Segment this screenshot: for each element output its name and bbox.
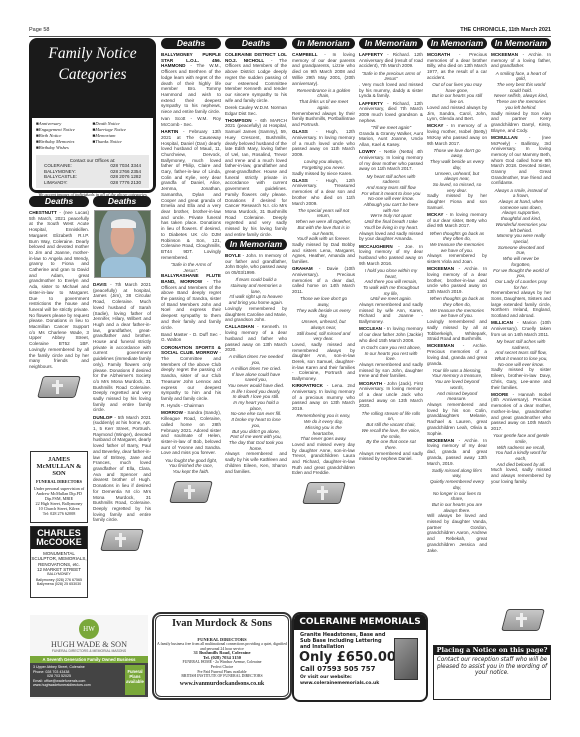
- notice-verse: We treasure the memories we have of you.: [429, 242, 485, 253]
- notice-name: MCCLEAN: [359, 326, 382, 331]
- notice-signature: Lovingly remembered and sadly missed by …: [427, 319, 487, 342]
- ad-text: Under personal supervision of Andrew McM…: [31, 486, 87, 501]
- ad-website: www.ivanmurdockandsons.co.uk: [154, 681, 290, 687]
- notice-verse: If love alone could have saved you,: [227, 372, 285, 383]
- notice-verse: Although you can't be here with me: [361, 202, 421, 213]
- notice-name: MCKEEMAN: [427, 438, 454, 443]
- notice-verse: I'd walk right up to heaven and bring yo…: [227, 294, 285, 305]
- section-heading-memoriam: In Memoriam: [359, 38, 423, 49]
- notice-verse: Remembrance is a golden chain,: [294, 88, 353, 99]
- ad-phone: Tel: 028 276 62008: [31, 511, 87, 516]
- memoriam-notice: CAMPBELL - In loving memory of our dear …: [292, 52, 355, 86]
- notice-signature: R. Hynds - Chairman: [161, 403, 221, 409]
- notice-verse: Those we love don't go away,: [429, 148, 485, 159]
- office-contacts: Contact our Offices at: COLERAINE:028 70…: [36, 155, 149, 188]
- notice-name: LAFFERTY: [359, 52, 383, 57]
- notice-name: MCKEEMAN: [427, 343, 454, 348]
- notice-verse: Our Lady of Lourdes pray for her.: [493, 279, 549, 290]
- notice-verse: But still the vacant chair,: [361, 422, 421, 428]
- notice-verse: It broke my heart to lose you,: [227, 417, 285, 428]
- notice-verse: No longer in our lives to share,: [429, 491, 485, 502]
- ad-website: www.colerainememorials.co.uk: [294, 681, 426, 687]
- notice-verse: The very best this world could hold.: [493, 82, 549, 93]
- memoriam-notice: GRAHAM - Davie (10th Anniversary). Preci…: [292, 266, 355, 295]
- notice-name: MCGRATH: [427, 52, 450, 57]
- notice-verse: You kept the faith.: [163, 469, 219, 475]
- section-heading-deaths: Deaths: [161, 38, 221, 49]
- notice-name: CAMPBELL: [292, 52, 318, 57]
- death-notice: DAVIS - 7th March 2021 (peacefully) at h…: [93, 282, 151, 413]
- notice-signature: Ivan Scott - W.M. Roy McComb - Sec.: [161, 116, 221, 127]
- ad-address: 3 Upper Abbey Street, Coleraine: [33, 665, 91, 670]
- notice-text: - 7th March 2021 (peacefully) at hospita…: [93, 282, 151, 412]
- notice-name: HARTIN: [161, 129, 178, 134]
- james-mcmullan-ad: JAMES McMULLAN & SON FUNERAL DIRECTORS U…: [30, 451, 88, 523]
- ad-institute: BRITISH INSTITUTE OF FUNERAL DIRECTORS: [154, 674, 290, 679]
- section-heading-deaths: Deaths: [93, 196, 151, 207]
- notice-verse: The special years will not return,: [294, 208, 353, 219]
- notice-name: MORROW: [161, 410, 183, 415]
- memoriam-notice: MCKEEMAN - Archie. In loving memory of a…: [427, 266, 487, 295]
- bible-icon: [99, 527, 145, 553]
- notice-verse: The rolling stream of life rolls on,: [361, 411, 421, 422]
- notice-verse: Always supportive, thoughtful and kind,: [493, 210, 549, 221]
- notice-name: GLASS: [292, 178, 308, 183]
- notice-name: MCMULLAN: [491, 135, 518, 140]
- notice-name: LAFFERTY: [359, 101, 383, 106]
- notice-signature: Always remembered and sadly by his wife …: [225, 451, 287, 474]
- notice-name: MCKEEMAN: [427, 266, 454, 271]
- memoriam-notice: GLASS - Hugh, 12th Anniversary. Treasure…: [292, 178, 355, 207]
- memoriam-notice: LAFFERTY - Richard, 12th Anniversary, di…: [359, 101, 423, 124]
- notice-text: - The W.M., Officers and Brethren of the…: [161, 63, 221, 114]
- notice-verse: You are loved beyond words,: [429, 379, 485, 390]
- notice-name: CHESTNUTT: [29, 210, 57, 215]
- notice-verse: But with the love that is in our hearts,: [294, 225, 353, 236]
- office-name: LIMAVADY:: [44, 180, 68, 185]
- deaths-column-3: Deaths BALLYMONEY PURPLE STAR L.O.L. 456…: [161, 38, 221, 608]
- notice-text: - 5th March 2021 (suddenly) at his home,…: [93, 415, 151, 523]
- ad-name: Ivan Murdock & Sons: [154, 618, 290, 629]
- notice-text: - In loving memory of our dear parents a…: [292, 52, 355, 86]
- notice-verse: A smiling face, a heart of gold,: [493, 71, 549, 82]
- notice-verse: You had a kindly word for each,: [493, 450, 549, 461]
- ad-subtitle: FUNERAL DIRECTORS: [31, 479, 87, 484]
- notice-verse: Sadly missed along life's way,: [429, 468, 485, 479]
- notice-signature: Loved, sadly missed and remembered alway…: [292, 342, 355, 382]
- memoriam-notice: MCKAY - In memory of a loving mother, Is…: [427, 123, 487, 146]
- memoriam-notice: MCCAUGHERN - Joe. In loving memory of my…: [359, 244, 423, 267]
- notice-signature: Always remembered and sadly missed by ne…: [359, 451, 423, 462]
- memoriam-notice: MCKEEMAN - Archie. In memory of a loving…: [491, 52, 551, 69]
- notice-text: - (nee McPeely) - Ballintoy, 3rd Anniver…: [491, 135, 551, 186]
- notice-verse: But in our hearts you are always there.: [429, 502, 485, 513]
- notice-verse: That links us til we meet again.: [294, 99, 353, 110]
- notice-name: MCKEEMAN: [491, 52, 518, 57]
- notice-verse: "Safe in the precious arms of Jesus": [361, 71, 421, 82]
- notice-text: - The Committee and Members of the above…: [161, 350, 221, 401]
- notice-signature: Loved and missed always by Jim, Sandra, …: [427, 105, 487, 122]
- page-header: Page 58 THE CHRONICLE, 11th March 2021: [29, 27, 551, 37]
- notice-verse: Your gentle face and gentle smile,: [493, 433, 549, 444]
- notice-signature: Always loved and sadly missed by your da…: [359, 231, 423, 242]
- notice-name: MCGRATH: [359, 381, 382, 386]
- notice-verse: What it meant to lose you,: [493, 356, 549, 362]
- bible-icon: [168, 479, 214, 505]
- memoriam-notice: MCKEEMAN - Archie. Precious memories of …: [427, 343, 487, 366]
- memoriam-notice: CALLAGHAN - Kenneth. In loving memory of…: [225, 324, 287, 353]
- notice-text: - The Officers and Members of the above …: [161, 279, 221, 330]
- charles-mccooke-ad: CHARLESMcCOOKE MONUMENTAL SCULPTOR, MEMO…: [30, 526, 88, 598]
- notice-verse: Always a smile, instead of a frown,: [493, 188, 549, 199]
- notice-verse: Unseen, unheard, but always near,: [429, 171, 485, 182]
- notice-name: MCKAY: [427, 212, 443, 217]
- memoriam-notice: MCGRATH - Precious memories of a dear br…: [427, 52, 487, 81]
- newspaper-dateline: THE CHRONICLE, 11th March 2021: [460, 27, 551, 33]
- notice-verse: We treasure the memories we have of you.: [429, 308, 485, 319]
- notice-signature: Remembered always by her Sons, Daughters…: [491, 290, 551, 319]
- notice-verse: Who will never be forgotten,: [493, 256, 549, 267]
- notice-verse: In my heart you hold a place,: [227, 400, 285, 411]
- notice-text: - The Officers and Members of the above …: [225, 58, 287, 103]
- notice-verse: Someone devoted and true,: [493, 245, 549, 256]
- notice-verse: But in our hearts you still live on.: [429, 93, 485, 104]
- notice-verse: We recall the love, the voice, the smile…: [361, 428, 421, 439]
- death-notice: BALLYMONEY PURPLE STAR L.O.L. 456. HAMMO…: [161, 52, 221, 115]
- ad-name: JAMES McMULLAN & SON: [31, 456, 87, 477]
- ad-tagline: A Seventh Generation Family Owned Busine…: [30, 656, 148, 663]
- notice-verse: My heart still aches with sadness,: [493, 339, 549, 350]
- notice-verse: For we thought the world of you,: [493, 268, 549, 279]
- notice-verse: My heart still aches with sadness: [361, 174, 421, 185]
- notice-verse: They walk beside us every day,: [294, 308, 353, 319]
- memoriam-notice: LOWRY - Nettie (Netta) 4th Anniversary. …: [359, 149, 423, 172]
- deaths-column-1: Deaths CHESTNUTT - (nee Lucas) 5th March…: [29, 196, 89, 446]
- notice-verse: In God's care you rest above,: [361, 345, 421, 351]
- death-notice: THOMPSON - 6th MARCH 2021 (peacefully) a…: [225, 118, 287, 238]
- ad-subtitle: FUNERAL DIRECTORS & MEMORIAL MASONS: [30, 649, 148, 653]
- notice-signature: Derek Cauley W.D.M. Norman Edgar Dist Se…: [225, 105, 287, 116]
- notice-signature: Loved and missed every day by daughter A…: [292, 442, 355, 476]
- hugh-wade-logo-icon: HW: [79, 619, 99, 639]
- notice-signature: Always remembered and sadly missed by so…: [359, 362, 423, 379]
- notice-signature: Sadly missed by Dad Bobby and sisters Le…: [292, 242, 355, 265]
- ad-name: McCOOKE: [31, 538, 87, 547]
- death-notice: MORROW - Sandra (Sandy), Killeague Road,…: [161, 410, 221, 456]
- ad-address: 22 High Street, Ballymoney 10 Church Str…: [31, 501, 87, 511]
- notice-verse: By the one that once sat there.: [361, 439, 421, 450]
- notice-signature: Band Master - D. Duff Sec - G. Walton: [161, 332, 221, 343]
- category-item: Birthday Wishes: [36, 145, 93, 151]
- notice-signature: Sadly missed by her daughter Fiona and s…: [427, 193, 487, 210]
- memoriam-notice: MCKEEMAN - Archie. In loving memory of m…: [427, 438, 487, 467]
- death-notice: CORONATION SPORTS & SOCIAL CLUB. MORROW …: [161, 345, 221, 402]
- notice-text: - 6th MARCH 2021 (peacefully) at Hospita…: [225, 118, 287, 237]
- section-heading-deaths: Deaths: [225, 38, 287, 49]
- memoriam-column-8: In Memoriam MCKEEMAN - Archie. In memory…: [491, 38, 551, 638]
- deceased-photo: [94, 210, 151, 278]
- memoriam-column-5: In Memoriam CAMPBELL - In loving memory …: [292, 38, 355, 608]
- notice-verse: Forgetting you never.: [294, 165, 353, 171]
- memoriam-notice: MCCLEAN - In loving memory of our dear f…: [359, 326, 423, 343]
- notice-verse: "Safe in the Arms of Jesus".: [163, 262, 219, 273]
- section-heading-memoriam: In Memoriam: [292, 38, 355, 49]
- placing-notice-title: Placing a Notice on this page?: [434, 646, 550, 655]
- notice-verse: Still loved, still missed and very dear.: [294, 331, 353, 342]
- memoriam-notice: MCGRATH - John (Jack). First Anniversary…: [359, 381, 423, 410]
- ad-town: BALLYMONEY: [31, 572, 87, 576]
- memoriam-column-6: In Memoriam LAFFERTY - Richard. 12th Ann…: [359, 38, 423, 608]
- family-notice-categories: Family Notice Categories Anniversary Dea…: [29, 38, 156, 193]
- ad-text: MONUMENTAL SCULPTOR, MEMORIALS, RENOVATI…: [31, 551, 87, 567]
- notice-verse: These are the memories you left behind.: [493, 99, 549, 110]
- categories-title-1: Family Notice: [33, 45, 152, 63]
- deaths-column-4: Deaths COLERAINE DISTRICT LOL NO.2. NICH…: [225, 38, 287, 608]
- notice-name: CORONATION SPORTS & SOCIAL CLUB. MORROW: [161, 345, 221, 356]
- notice-verse: And many tears still flow: [361, 185, 421, 191]
- notice-verse: They walk beside us every day,: [429, 159, 485, 170]
- categories-title-2: Categories: [33, 66, 152, 84]
- death-notice: CHESTNUTT - (nee Lucas) 5th March, 2021 …: [29, 210, 89, 370]
- notice-verse: A million times I've cried.: [227, 366, 285, 372]
- memoriam-notice: MOORE - Hannah Isobel (4th Anniversary).…: [491, 392, 551, 432]
- ad-website: www.hughwadefuneraldirectors.com: [33, 683, 91, 688]
- office-row: LIMAVADY:028 7776 2130: [44, 180, 141, 185]
- notice-signature: Sadly missed by niece Karen.: [292, 171, 355, 177]
- memoriam-notice: GLASS - Hugh, 12th Anniversary. In lovin…: [292, 129, 355, 158]
- notice-text: - Hannah Isobel (4th Anniversary). Preci…: [491, 392, 551, 431]
- bible-icon: [500, 607, 546, 633]
- notice-name: GRAHAM: [292, 266, 313, 271]
- memoriam-notice: KIRKPATRICK - Lena. 2nd Anniversary. In …: [292, 383, 355, 412]
- notice-name: THOMPSON: [225, 118, 252, 123]
- deaths-column-2: Deaths DAVIS - 7th March 2021 (peacefull…: [93, 196, 151, 611]
- headstone-icon: [394, 638, 418, 680]
- notice-signature: Granda & Granny Walker, Aunt Marion, Aun…: [359, 131, 423, 148]
- notice-verse: In our hearts you rest with love.: [361, 351, 421, 362]
- placing-notice-box: Placing a Notice on this page? Contact o…: [433, 645, 551, 700]
- notice-name: MCKAY: [427, 123, 443, 128]
- notice-signature: Always remembered and loved by his son C…: [427, 402, 487, 436]
- notice-name: GLASS: [292, 129, 308, 134]
- ad-text: Granite Headstones, Base and Sub Base in…: [294, 630, 394, 650]
- section-heading-deaths: Deaths: [29, 196, 89, 207]
- notice-text: - February 13th 2021 at The Causeway Hos…: [161, 129, 221, 259]
- notice-verse: You never would have died.: [227, 383, 285, 389]
- notice-verse: Those we love don't go away,: [294, 296, 353, 307]
- notice-name: LOWRY: [359, 149, 376, 154]
- section-heading-memoriam: In Memoriam: [225, 239, 287, 250]
- notice-verse: Missing you is the heartache,: [294, 425, 353, 436]
- coleraine-memorials-ad: COLERAINE MEMORIALS Granite Headstones, …: [292, 612, 428, 702]
- notice-name: DUNLOP: [93, 415, 112, 420]
- funeral-plans-badge: Funeral Plans available: [125, 665, 145, 695]
- notice-verse: Mammy you were really special,: [493, 233, 549, 244]
- notice-verse: A million times I've needed you,: [227, 354, 285, 365]
- memoriam-notice: LAFFERTY - Richard. 12th Anniversary die…: [359, 52, 423, 69]
- notice-signature: Always remembered and sadly missed by wi…: [359, 302, 423, 325]
- notice-verse: Always at hand, when someone was down,: [493, 199, 549, 210]
- notice-verse: When thoughts go back as they often do,: [429, 296, 485, 307]
- notice-signature: Sadly missed by Son Alan and partner Ker…: [491, 111, 551, 134]
- ad-name: HUGH WADE & SON: [30, 640, 148, 649]
- section-heading-memoriam: In Memoriam: [427, 38, 487, 49]
- memoriam-notice: MCKAY - In loving memory of our dear sis…: [427, 212, 487, 229]
- notice-name: KIRKPATRICK: [292, 383, 323, 388]
- notice-verse: Quietly remembered every day,: [429, 479, 485, 490]
- notice-name: DAVIS: [93, 282, 107, 287]
- notice-signature: Will always be loved and missed by daugh…: [427, 513, 487, 553]
- office-phone: 028 7776 2130: [110, 180, 141, 185]
- notice-verse: I hold you close within my heart,: [361, 268, 421, 279]
- notice-name: MCCAUGHERN: [359, 244, 393, 249]
- memoriam-notice: MCMULLAN - (nee McPeely) - Ballintoy, 3r…: [491, 135, 551, 186]
- ad-web-label: Or visit our website:: [294, 673, 394, 681]
- notice-signature: Always remembered by sisters Viola and J…: [427, 253, 487, 264]
- notice-verse: The day that God took you home.: [227, 440, 285, 451]
- notice-name: MILLICAN: [491, 320, 513, 325]
- page-number: Page 58: [29, 27, 50, 33]
- notice-signature: Remembered always by their family Bushmi…: [292, 111, 355, 128]
- death-notice: DUNLOP - 5th March 2021 (suddenly) at hi…: [93, 415, 151, 523]
- notice-verse: To walk with me throughout my life,: [361, 285, 421, 296]
- notice-verse: When thoughts go back as they often do,: [429, 231, 485, 242]
- placing-notice-body: Contact our reception staff who will be …: [434, 655, 550, 677]
- notice-signature: Sadly missed by sister Eileen, brother-i…: [491, 367, 551, 390]
- death-notice: BALLYRASHANE FLUTE BAND, MORROW - The Of…: [161, 273, 221, 330]
- notice-verse: You'll be living in my heart.: [361, 225, 421, 231]
- notice-name: BOYLE: [225, 253, 241, 258]
- category-item: Thanks Notice: [93, 139, 150, 145]
- notice-verse: Out of our lives you may have gone,: [429, 82, 485, 93]
- ad-name: COLERAINE MEMORIALS: [294, 614, 426, 630]
- bible-icon: [36, 374, 82, 400]
- notice-text: - Sandra (Sandy), Killeague Road, Colera…: [161, 410, 221, 455]
- notice-text: - (nee Lucas) 5th March, 2021 peacefully…: [29, 210, 89, 369]
- notice-verse: And missed beyond measure.: [429, 391, 485, 402]
- notice-signature: Lovingly remembered by daughters Carolin…: [225, 306, 287, 323]
- memoriam-column-7: In Memoriam MCGRATH - Precious memories …: [427, 38, 487, 638]
- ad-phone: Ballymena (028) 25 653030: [31, 582, 87, 586]
- notice-verse: So loved, so missed, so very dear.: [429, 182, 485, 193]
- memoriam-notice: MILLICAN - Marion (10th Anniversary). Cr…: [491, 320, 551, 337]
- notice-verse: Wonderful memories you left behind.: [493, 222, 549, 233]
- hugh-wade-ad: HW HUGH WADE & SON FUNERAL DIRECTORS & M…: [30, 615, 148, 699]
- notice-name: CALLAGHAN: [225, 324, 254, 329]
- notice-name: MOORE: [491, 392, 508, 397]
- ivan-murdock-ad: Ivan Murdock & Sons FUNERAL DIRECTORS A …: [152, 612, 292, 700]
- bible-icon: [301, 480, 347, 506]
- category-list: Anniversary Death Notice Engagement Noti…: [36, 121, 149, 151]
- notice-signature: . Very much loved and missed by his mumm…: [359, 82, 423, 99]
- notice-verse: If tears could build a stairway and memo…: [227, 277, 285, 294]
- memoriam-notice: BOYLE - John. In memory of our father an…: [225, 253, 287, 276]
- notice-verse: Unseen, unheard, but always near,: [294, 319, 353, 330]
- section-heading-memoriam: In Memoriam: [491, 38, 551, 49]
- death-notice: COLERAINE DISTRICT LOL NO.2. NICHOLL - T…: [225, 52, 287, 103]
- death-notice: HARTIN - February 13th 2021 at The Cause…: [161, 129, 221, 260]
- notice-signature: Much loved, sadly missed and always reme…: [491, 467, 551, 484]
